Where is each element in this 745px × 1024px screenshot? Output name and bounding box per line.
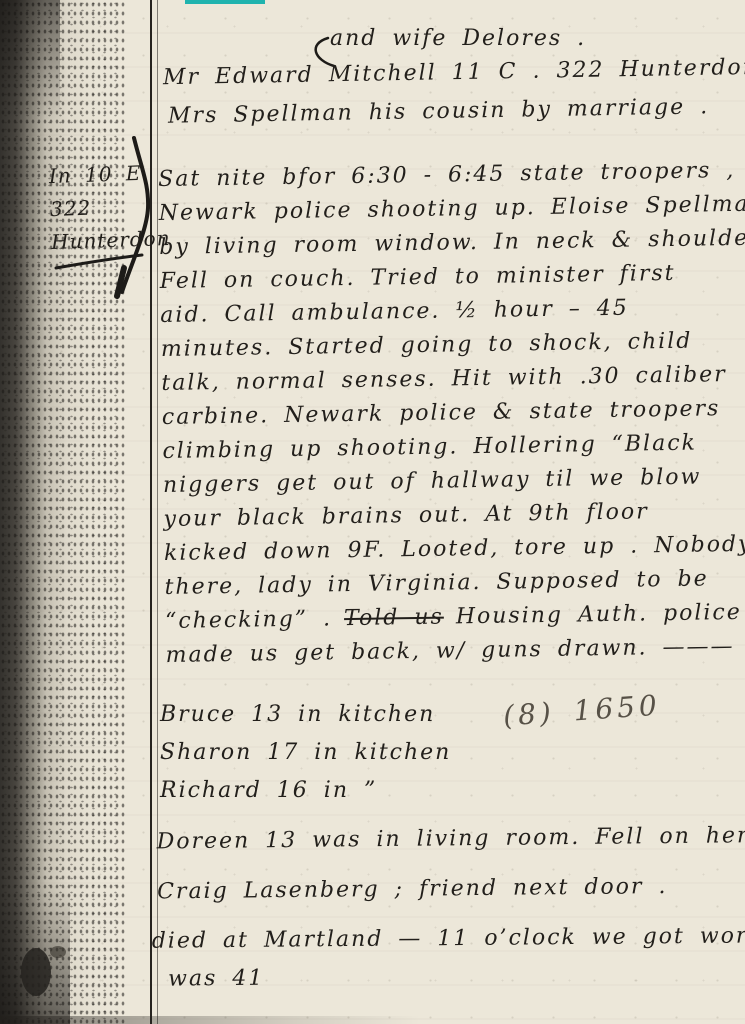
penciled-annotation: (8) 1650 — [502, 689, 662, 733]
handwritten-line: Craig Lasenberg ; friend next door . — [157, 873, 745, 930]
photocopy-bottom-edge — [0, 1016, 420, 1024]
handwritten-line: Doreen 13 was in living room. Fell on he… — [156, 823, 745, 880]
header-name-address-line: Mr Edward Mitchell 11 C . 322 Hunterdon — [163, 55, 745, 90]
margin-note-line: In 10 E — [48, 156, 168, 193]
family-members-list: Bruce 13 in kitchen Sharon 17 in kitchen… — [160, 702, 451, 816]
photocopy-edge-shadow-top — [0, 0, 60, 120]
line-segment: “checking” . — [165, 606, 332, 634]
header-relation-line: Mrs Spellman his cousin by marriage . — [168, 94, 710, 128]
photocopied-handwritten-notes-page: In 10 E 322 Hunterdon and wife Delores .… — [0, 0, 745, 1024]
line-segment: Housing Auth. police — [456, 600, 742, 629]
family-list-item: Richard 16 in ” — [160, 778, 451, 816]
main-note-paragraph: Sat nite bfor 6:30 - 6:45 state troopers… — [158, 158, 745, 677]
struck-out-words: Told us — [344, 605, 444, 632]
photocopy-edge-shadow-bottom — [0, 884, 70, 1024]
margin-note: In 10 E 322 Hunterdon — [48, 156, 171, 259]
footer-note: died at Martland — 11 o’clock we got wor… — [152, 923, 745, 1004]
second-note-paragraph: Doreen 13 was in living room. Fell on he… — [156, 823, 745, 930]
handwritten-line: was 41 — [152, 961, 745, 1004]
handwritten-line: died at Martland — 11 o’clock we got wor… — [152, 923, 745, 966]
family-list-item: Bruce 13 in kitchen — [160, 702, 451, 740]
family-list-item: Sharon 17 in kitchen — [160, 740, 451, 778]
photocopy-left-edge — [0, 0, 125, 1024]
margin-note-line: 322 — [49, 189, 169, 226]
margin-note-line: Hunterdon — [51, 222, 171, 259]
margin-rule-line — [150, 0, 152, 1024]
scanner-edge-artifact — [185, 0, 265, 4]
inserted-text-line: and wife Delores . — [330, 26, 586, 51]
